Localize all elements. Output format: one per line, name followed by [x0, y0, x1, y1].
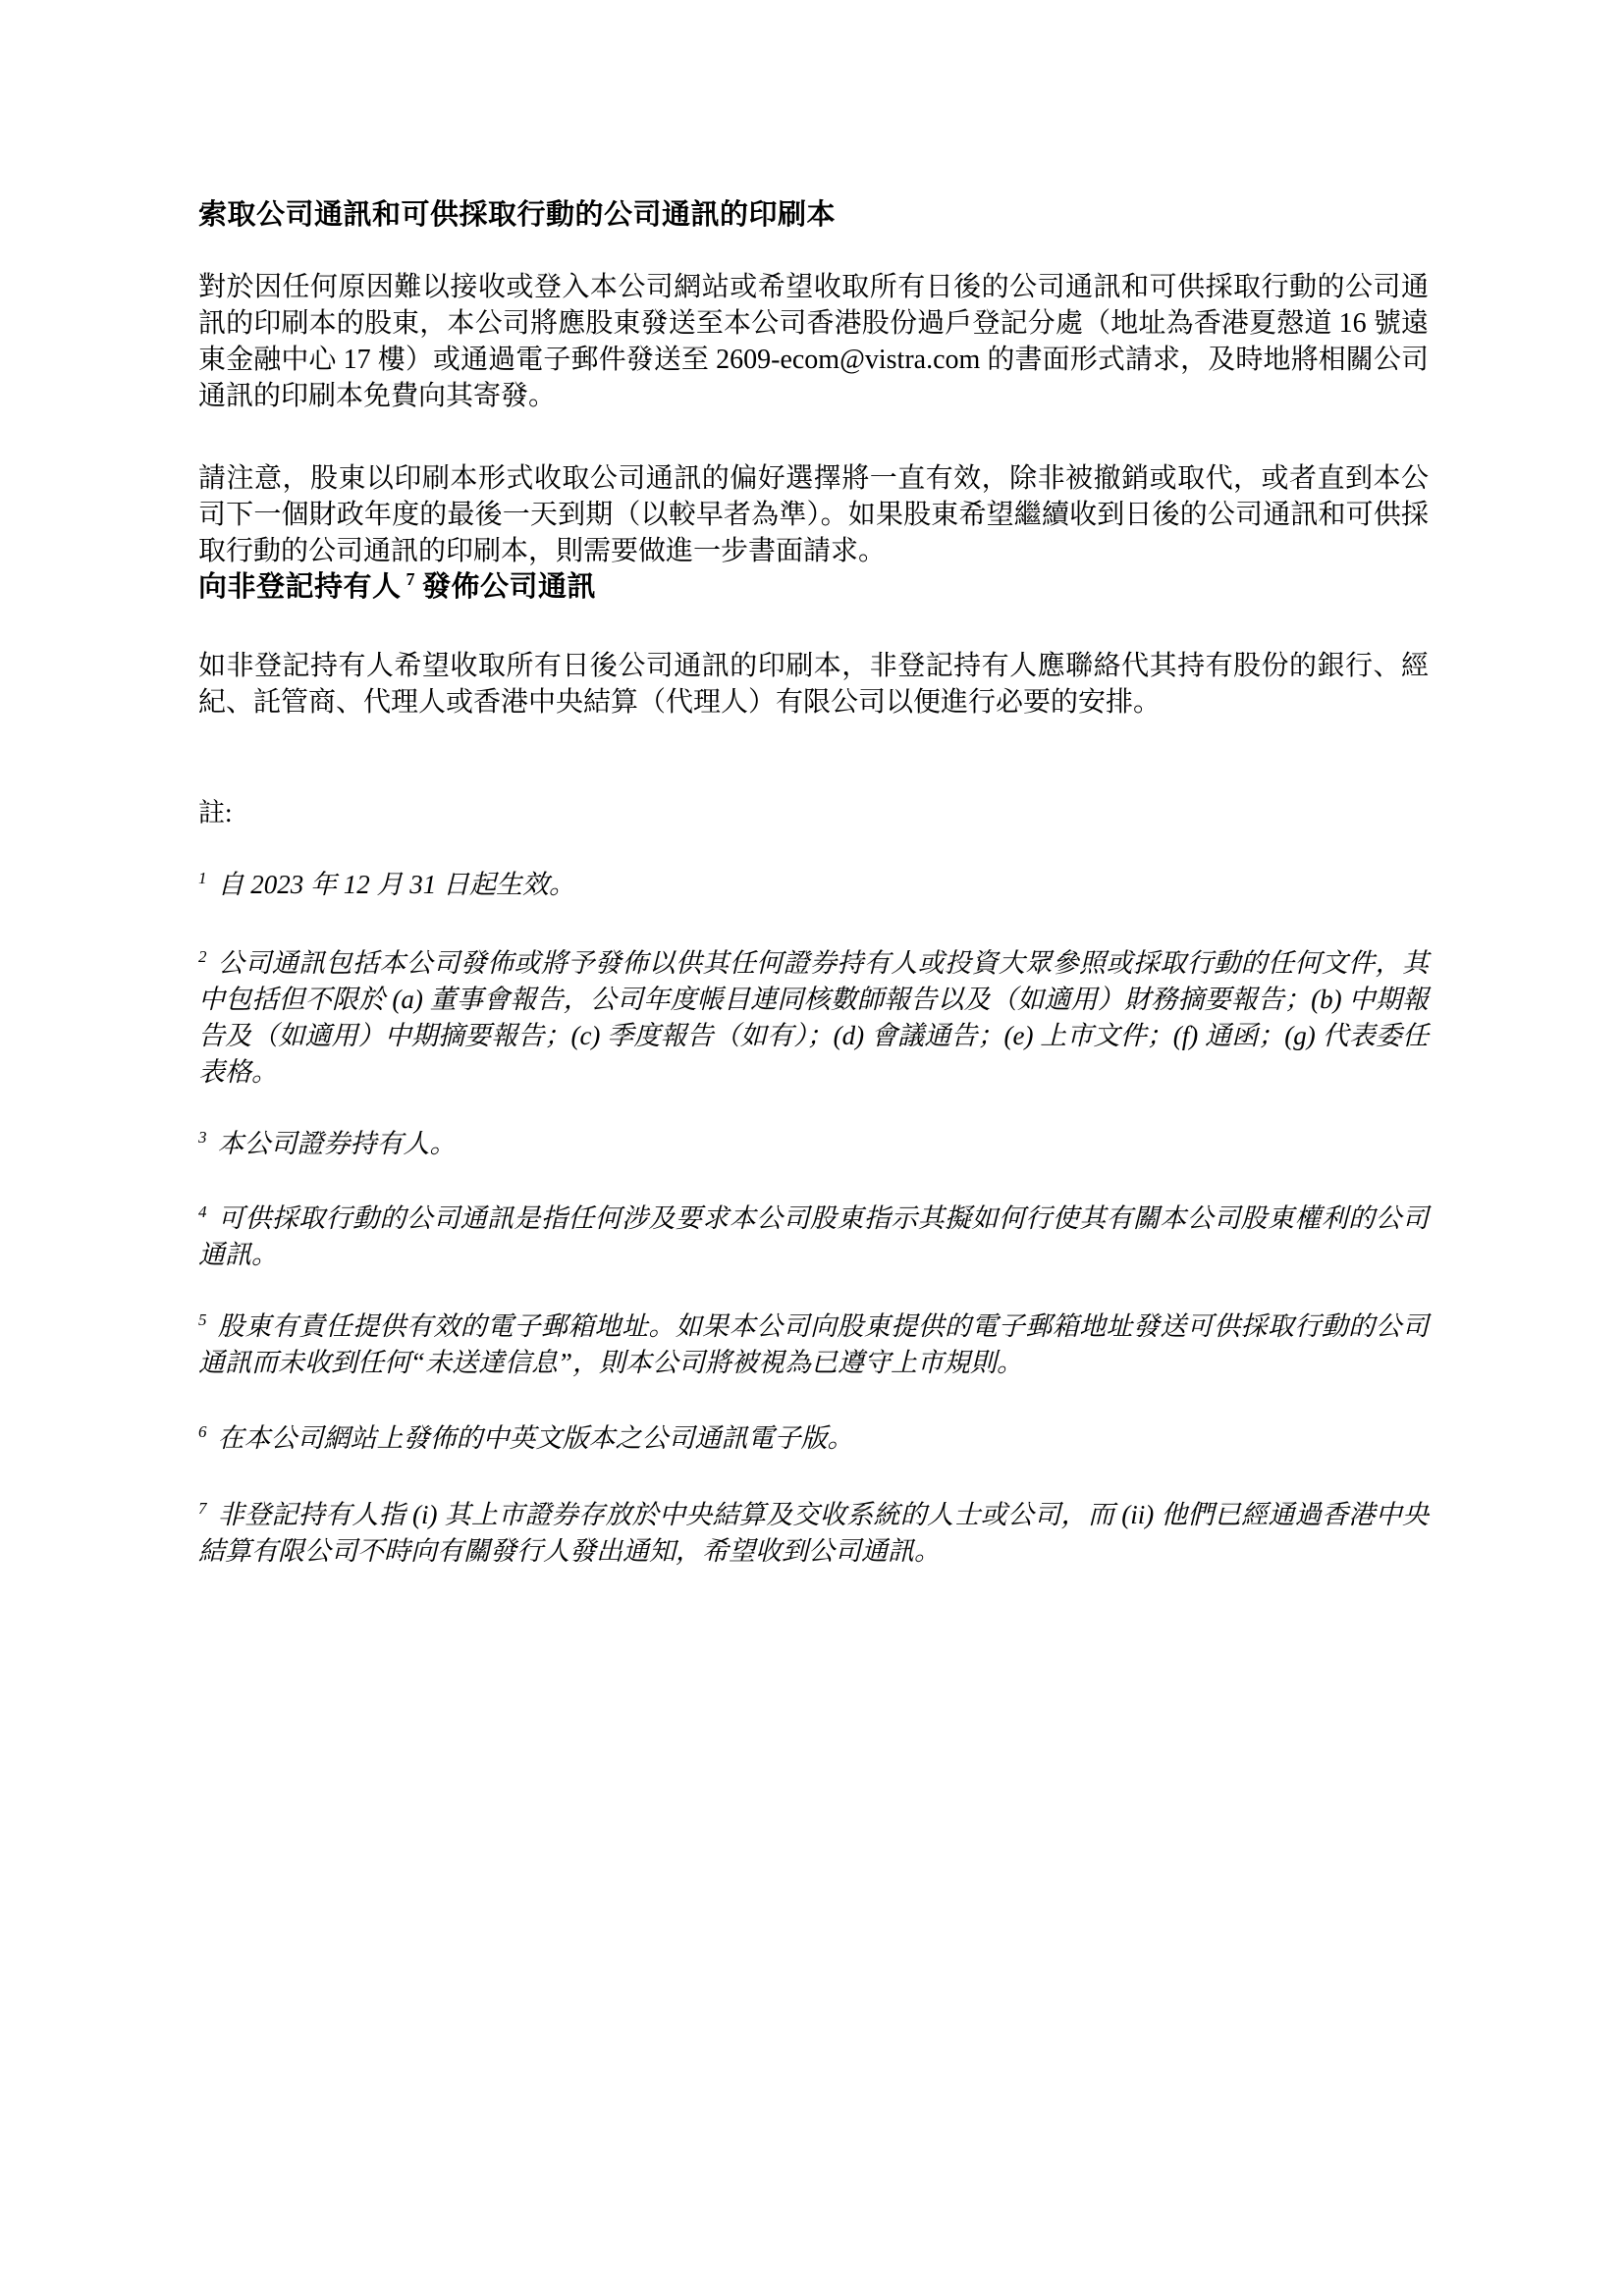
paragraph-preference-validity: 請注意，股東以印刷本形式收取公司通訊的偏好選擇將一直有效，除非被撤銷或取代，或者…	[198, 460, 1429, 569]
footnote-2-number: 2	[198, 947, 207, 966]
footnote-6-number: 6	[198, 1422, 207, 1441]
footnote-5: 5股東有責任提供有效的電子郵箱地址。如果本公司向股東提供的電子郵箱地址發送可供採…	[198, 1308, 1429, 1381]
paragraph-request-instructions: 對於因任何原因難以接收或登入本公司網站或希望收取所有日後的公司通訊和可供採取行動…	[198, 269, 1429, 414]
footnote-7-number: 7	[198, 1499, 207, 1518]
footnote-1-text: 自 2023 年 12 月 31 日起生效。	[218, 870, 576, 899]
heading-text-pre: 向非登記持有人	[198, 571, 402, 603]
footnote-4-number: 4	[198, 1202, 207, 1221]
footnote-1-number: 1	[198, 869, 207, 887]
footnote-1: 1自 2023 年 12 月 31 日起生效。	[198, 867, 1429, 903]
footnote-7-text: 非登記持有人指 (i) 其上市證券存放於中央結算及交收系統的人士或公司，而 (i…	[198, 1500, 1429, 1566]
paragraph-non-registered-arrangements: 如非登記持有人希望收取所有日後公司通訊的印刷本，非登記持有人應聯絡代其持有股份的…	[198, 648, 1429, 721]
footnote-3-number: 3	[198, 1128, 207, 1147]
heading-request-printed-copies: 索取公司通訊和可供採取行動的公司通訊的印刷本	[198, 197, 1429, 234]
document-page: 索取公司通訊和可供採取行動的公司通訊的印刷本 對於因任何原因難以接收或登入本公司…	[0, 0, 1624, 2296]
heading-non-registered-holders: 向非登記持有人7發佈公司通訊	[198, 569, 1429, 606]
footnote-4: 4可供採取行動的公司通訊是指任何涉及要求本公司股東指示其擬如何行使其有關本公司股…	[198, 1201, 1429, 1273]
footnote-7: 7非登記持有人指 (i) 其上市證券存放於中央結算及交收系統的人士或公司，而 (…	[198, 1497, 1429, 1570]
heading-text-post: 發佈公司通訊	[422, 571, 596, 603]
footnote-3: 3本公司證券持有人。	[198, 1126, 1429, 1162]
footnote-4-text: 可供採取行動的公司通訊是指任何涉及要求本公司股東指示其擬如何行使其有關本公司股東…	[198, 1203, 1429, 1269]
footnote-2-text: 公司通訊包括本公司發佈或將予發佈以供其任何證券持有人或投資大眾參照或採取行動的任…	[198, 948, 1429, 1087]
footnote-5-number: 5	[198, 1310, 207, 1329]
notes-label: 註:	[198, 795, 1429, 831]
footnote-ref-7: 7	[406, 569, 416, 589]
footnote-6: 6在本公司網站上發佈的中英文版本之公司通訊電子版。	[198, 1420, 1429, 1457]
footnote-3-text: 本公司證券持有人。	[218, 1129, 457, 1158]
footnote-5-text: 股東有責任提供有效的電子郵箱地址。如果本公司向股東提供的電子郵箱地址發送可供採取…	[198, 1311, 1429, 1377]
footnote-2: 2公司通訊包括本公司發佈或將予發佈以供其任何證券持有人或投資大眾參照或採取行動的…	[198, 945, 1429, 1091]
footnote-6-text: 在本公司網站上發佈的中英文版本之公司通訊電子版。	[218, 1423, 854, 1453]
